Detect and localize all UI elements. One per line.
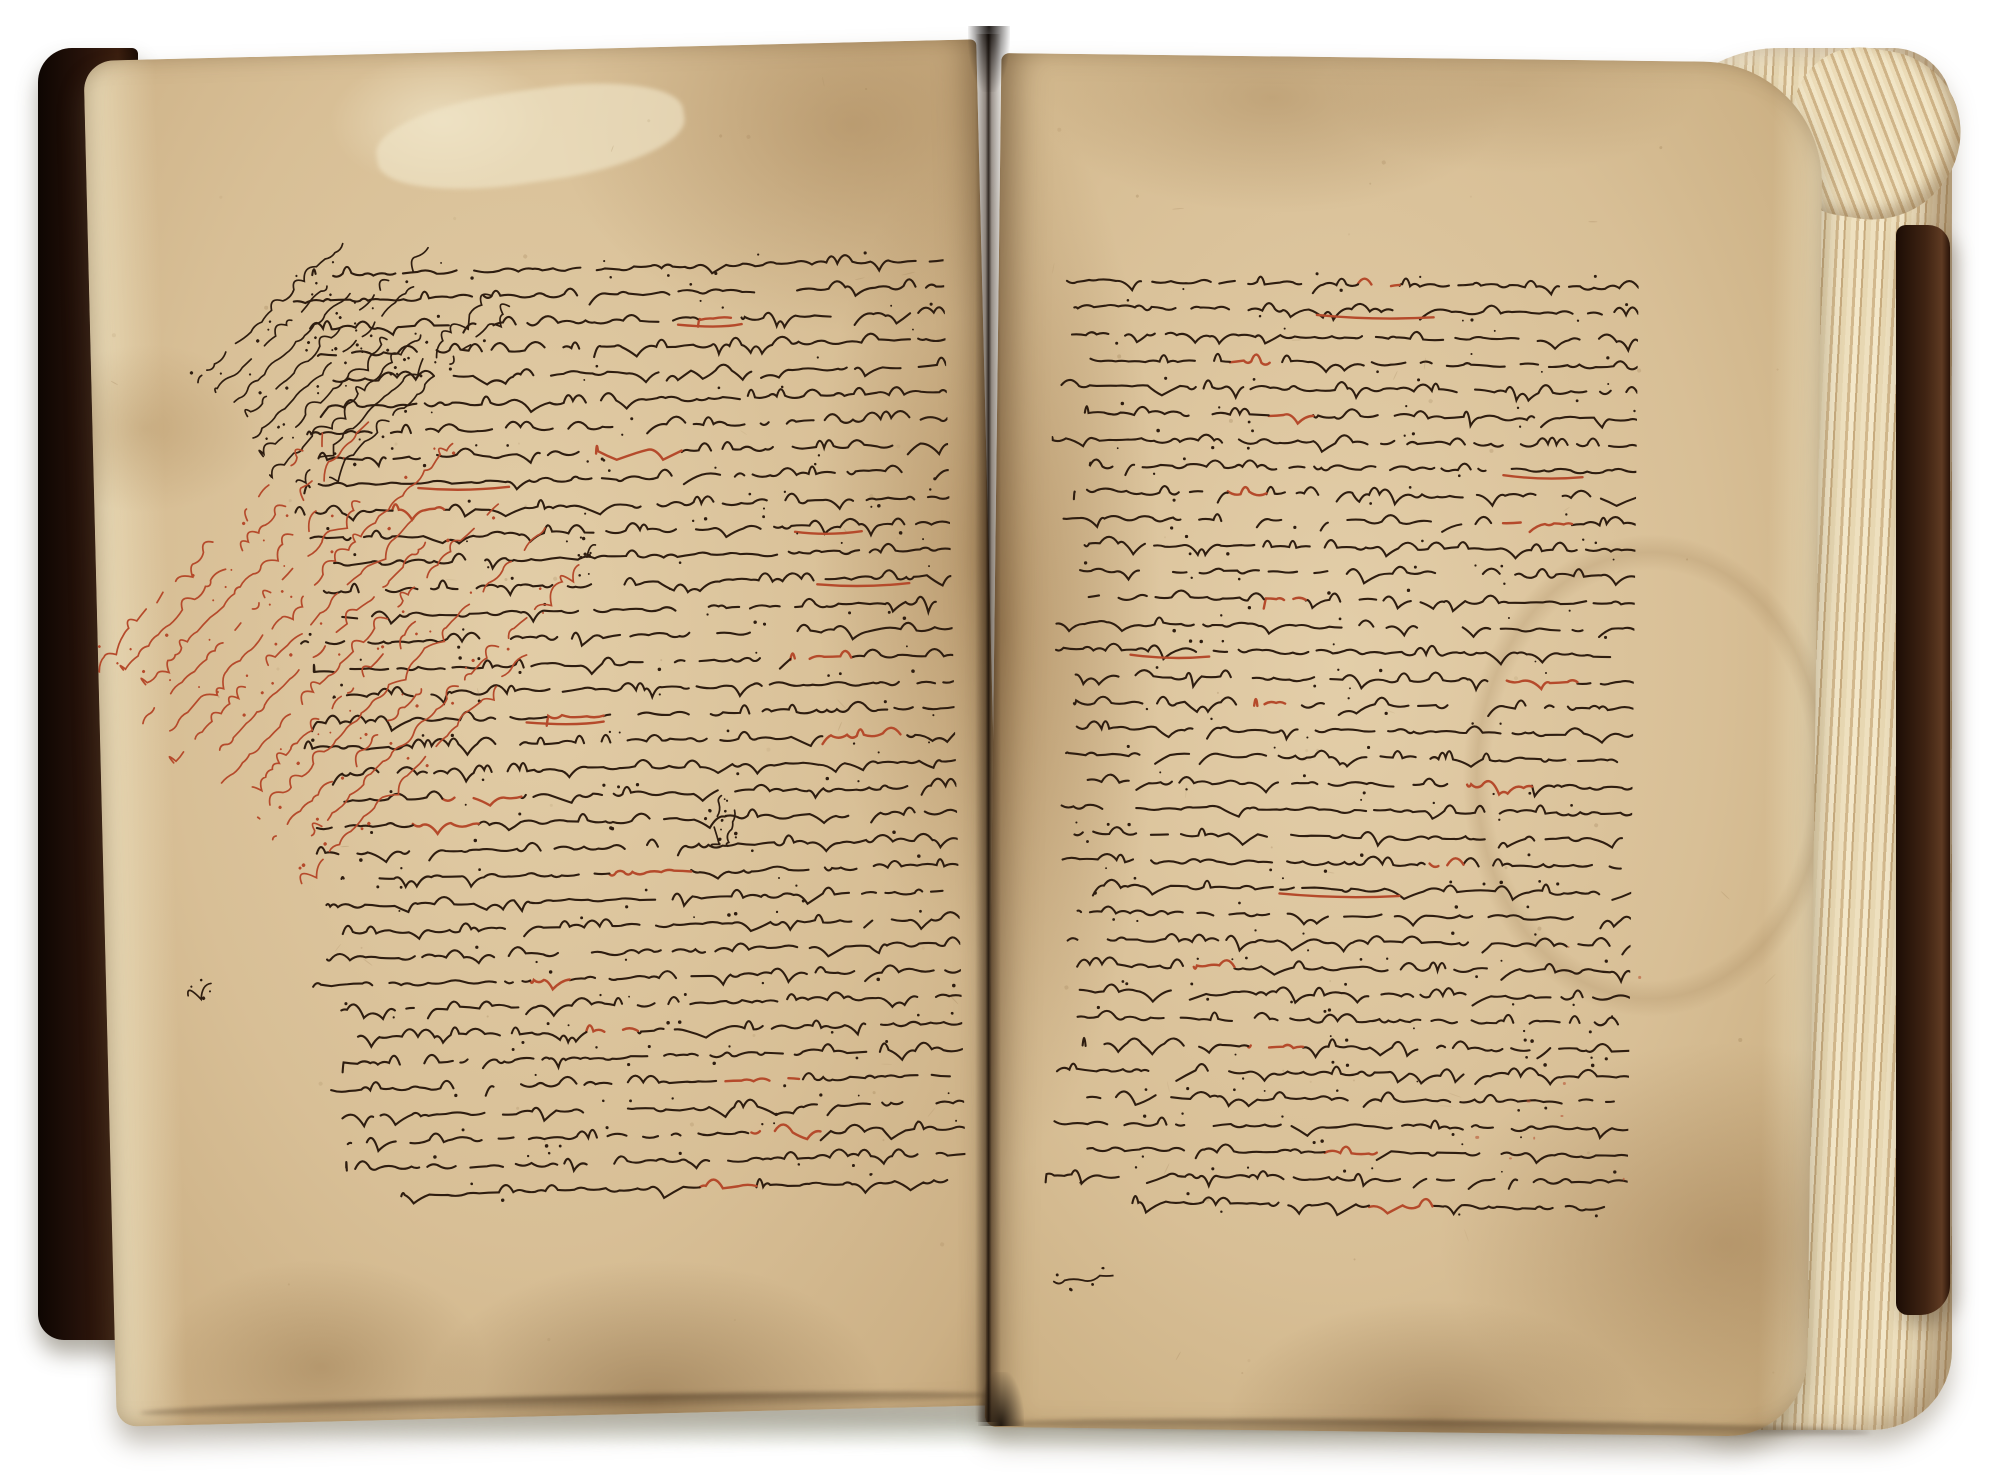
paper-speck bbox=[896, 537, 899, 540]
paper-speck bbox=[264, 305, 268, 309]
paper-speck bbox=[1721, 891, 1731, 900]
red-ink-speck bbox=[1533, 1137, 1535, 1140]
paper-speck bbox=[1135, 194, 1140, 199]
paper-speck bbox=[1565, 759, 1572, 767]
right-page-foxing-specks bbox=[985, 53, 1824, 1437]
paper-speck bbox=[110, 381, 117, 386]
paper-speck bbox=[873, 1091, 876, 1094]
paper-speck bbox=[1173, 207, 1185, 209]
paper-speck bbox=[360, 946, 363, 949]
paper-speck bbox=[486, 1016, 488, 1018]
left-page bbox=[83, 39, 1009, 1426]
paper-speck bbox=[525, 504, 529, 508]
paper-speck bbox=[927, 1107, 936, 1117]
paper-speck bbox=[1353, 1258, 1356, 1261]
paper-speck bbox=[688, 1122, 694, 1128]
paper-speck bbox=[896, 444, 901, 449]
paper-speck bbox=[1265, 942, 1267, 944]
paper-speck bbox=[752, 1034, 756, 1038]
paper-speck bbox=[866, 88, 868, 90]
red-ink-speck bbox=[1527, 1100, 1530, 1103]
paper-speck bbox=[1315, 749, 1319, 753]
paper-speck bbox=[1167, 1081, 1171, 1092]
paper-speck bbox=[1587, 1151, 1591, 1155]
red-ink-speck bbox=[1638, 976, 1641, 979]
paper-speck bbox=[112, 333, 116, 337]
paper-speck bbox=[220, 196, 223, 199]
paper-speck bbox=[1504, 865, 1508, 869]
paper-speck bbox=[1593, 822, 1599, 828]
red-ink-speck bbox=[1623, 1178, 1625, 1181]
paper-speck bbox=[844, 528, 849, 534]
paper-speck bbox=[1064, 985, 1068, 989]
paper-speck bbox=[395, 443, 398, 446]
left-page-foxing-specks bbox=[83, 39, 1009, 1426]
paper-speck bbox=[1490, 449, 1494, 453]
paper-speck bbox=[1606, 468, 1611, 473]
red-ink-speck bbox=[1509, 1157, 1512, 1160]
paper-speck bbox=[1328, 871, 1336, 873]
paper-speck bbox=[1589, 221, 1598, 222]
paper-speck bbox=[1229, 418, 1233, 422]
paper-speck bbox=[1309, 1080, 1312, 1083]
paper-speck bbox=[1393, 371, 1398, 380]
paper-speck bbox=[767, 748, 771, 752]
leather-cover-right-edge bbox=[1896, 225, 1950, 1315]
paper-speck bbox=[1538, 926, 1543, 931]
paper-speck bbox=[1164, 1163, 1170, 1174]
paper-speck bbox=[1248, 1359, 1252, 1363]
red-ink-speck bbox=[1476, 1136, 1479, 1139]
red-ink-speck bbox=[1568, 946, 1570, 948]
paper-speck bbox=[1563, 507, 1571, 512]
paper-speck bbox=[1353, 1079, 1356, 1082]
paper-speck bbox=[733, 1319, 736, 1322]
paper-speck bbox=[1461, 283, 1465, 287]
paper-speck bbox=[1348, 233, 1350, 235]
paper-speck bbox=[356, 456, 359, 459]
manuscript-photograph bbox=[0, 0, 2000, 1475]
paper-speck bbox=[882, 1138, 885, 1141]
paper-speck bbox=[1305, 749, 1309, 753]
paper-speck bbox=[882, 1063, 893, 1064]
paper-speck bbox=[1241, 1372, 1243, 1374]
paper-speck bbox=[1205, 1197, 1209, 1201]
paper-speck bbox=[611, 145, 614, 152]
paper-speck bbox=[477, 688, 481, 701]
paper-speck bbox=[1439, 1105, 1453, 1107]
paper-speck bbox=[453, 217, 457, 221]
paper-speck bbox=[275, 666, 280, 671]
paper-speck bbox=[288, 1283, 290, 1285]
paper-speck bbox=[822, 77, 825, 87]
paper-speck bbox=[902, 272, 916, 276]
paper-speck bbox=[340, 846, 349, 848]
paper-speck bbox=[1163, 536, 1166, 539]
paper-speck bbox=[445, 579, 457, 581]
paper-speck bbox=[746, 134, 751, 139]
paper-speck bbox=[837, 699, 846, 709]
paper-speck bbox=[1429, 398, 1434, 403]
paper-speck bbox=[544, 1140, 546, 1142]
paper-speck bbox=[518, 442, 521, 445]
paper-speck bbox=[1448, 1092, 1461, 1098]
paper-speck bbox=[1469, 196, 1473, 200]
paper-speck bbox=[1659, 146, 1662, 149]
paper-speck bbox=[522, 253, 527, 258]
paper-speck bbox=[217, 696, 219, 698]
paper-speck bbox=[1686, 559, 1688, 561]
paper-speck bbox=[740, 430, 747, 435]
paper-speck bbox=[660, 659, 662, 661]
paper-speck bbox=[1384, 708, 1396, 713]
paper-speck bbox=[1368, 182, 1371, 185]
paper-speck bbox=[940, 1242, 945, 1247]
paper-speck bbox=[869, 493, 874, 498]
paper-speck bbox=[1292, 339, 1302, 341]
red-ink-speck bbox=[1561, 1115, 1564, 1117]
paper-speck bbox=[1057, 128, 1061, 132]
paper-speck bbox=[1175, 706, 1178, 709]
paper-speck bbox=[504, 578, 508, 582]
paper-speck bbox=[516, 1106, 520, 1110]
paper-speck bbox=[553, 576, 558, 581]
paper-speck bbox=[1464, 1229, 1469, 1242]
gutter-bottom-notch bbox=[978, 1372, 1024, 1426]
paper-speck bbox=[289, 499, 292, 502]
paper-speck bbox=[1281, 1069, 1284, 1072]
paper-speck bbox=[855, 277, 865, 280]
paper-speck bbox=[1185, 786, 1187, 799]
paper-speck bbox=[1216, 691, 1219, 694]
paper-speck bbox=[1270, 846, 1272, 848]
paper-speck bbox=[922, 946, 925, 949]
paper-speck bbox=[947, 993, 958, 1004]
paper-speck bbox=[1328, 980, 1331, 983]
paper-speck bbox=[1392, 1178, 1398, 1184]
paper-speck bbox=[1423, 358, 1425, 370]
paper-speck bbox=[1052, 263, 1055, 274]
paper-speck bbox=[1637, 368, 1641, 372]
paper-speck bbox=[550, 804, 553, 807]
paper-speck bbox=[1776, 369, 1779, 372]
paper-speck bbox=[719, 134, 723, 138]
paper-speck bbox=[318, 1081, 324, 1087]
paper-speck bbox=[1738, 1037, 1742, 1041]
gutter-top-notch bbox=[968, 26, 1010, 92]
right-page bbox=[985, 53, 1824, 1437]
paper-speck bbox=[1117, 354, 1122, 359]
paper-speck bbox=[1176, 1351, 1182, 1360]
paper-speck bbox=[334, 944, 341, 952]
red-ink-speck bbox=[1563, 1082, 1566, 1085]
paper-speck bbox=[1772, 1372, 1775, 1375]
gutter-shadow bbox=[975, 34, 1001, 1422]
paper-speck bbox=[1512, 675, 1518, 681]
paper-speck bbox=[363, 958, 373, 966]
paper-speck bbox=[548, 1338, 551, 1341]
paper-speck bbox=[1382, 160, 1387, 165]
paper-speck bbox=[646, 119, 651, 124]
paper-speck bbox=[837, 722, 842, 732]
paper-speck bbox=[1765, 974, 1776, 985]
paper-speck bbox=[1303, 760, 1312, 761]
